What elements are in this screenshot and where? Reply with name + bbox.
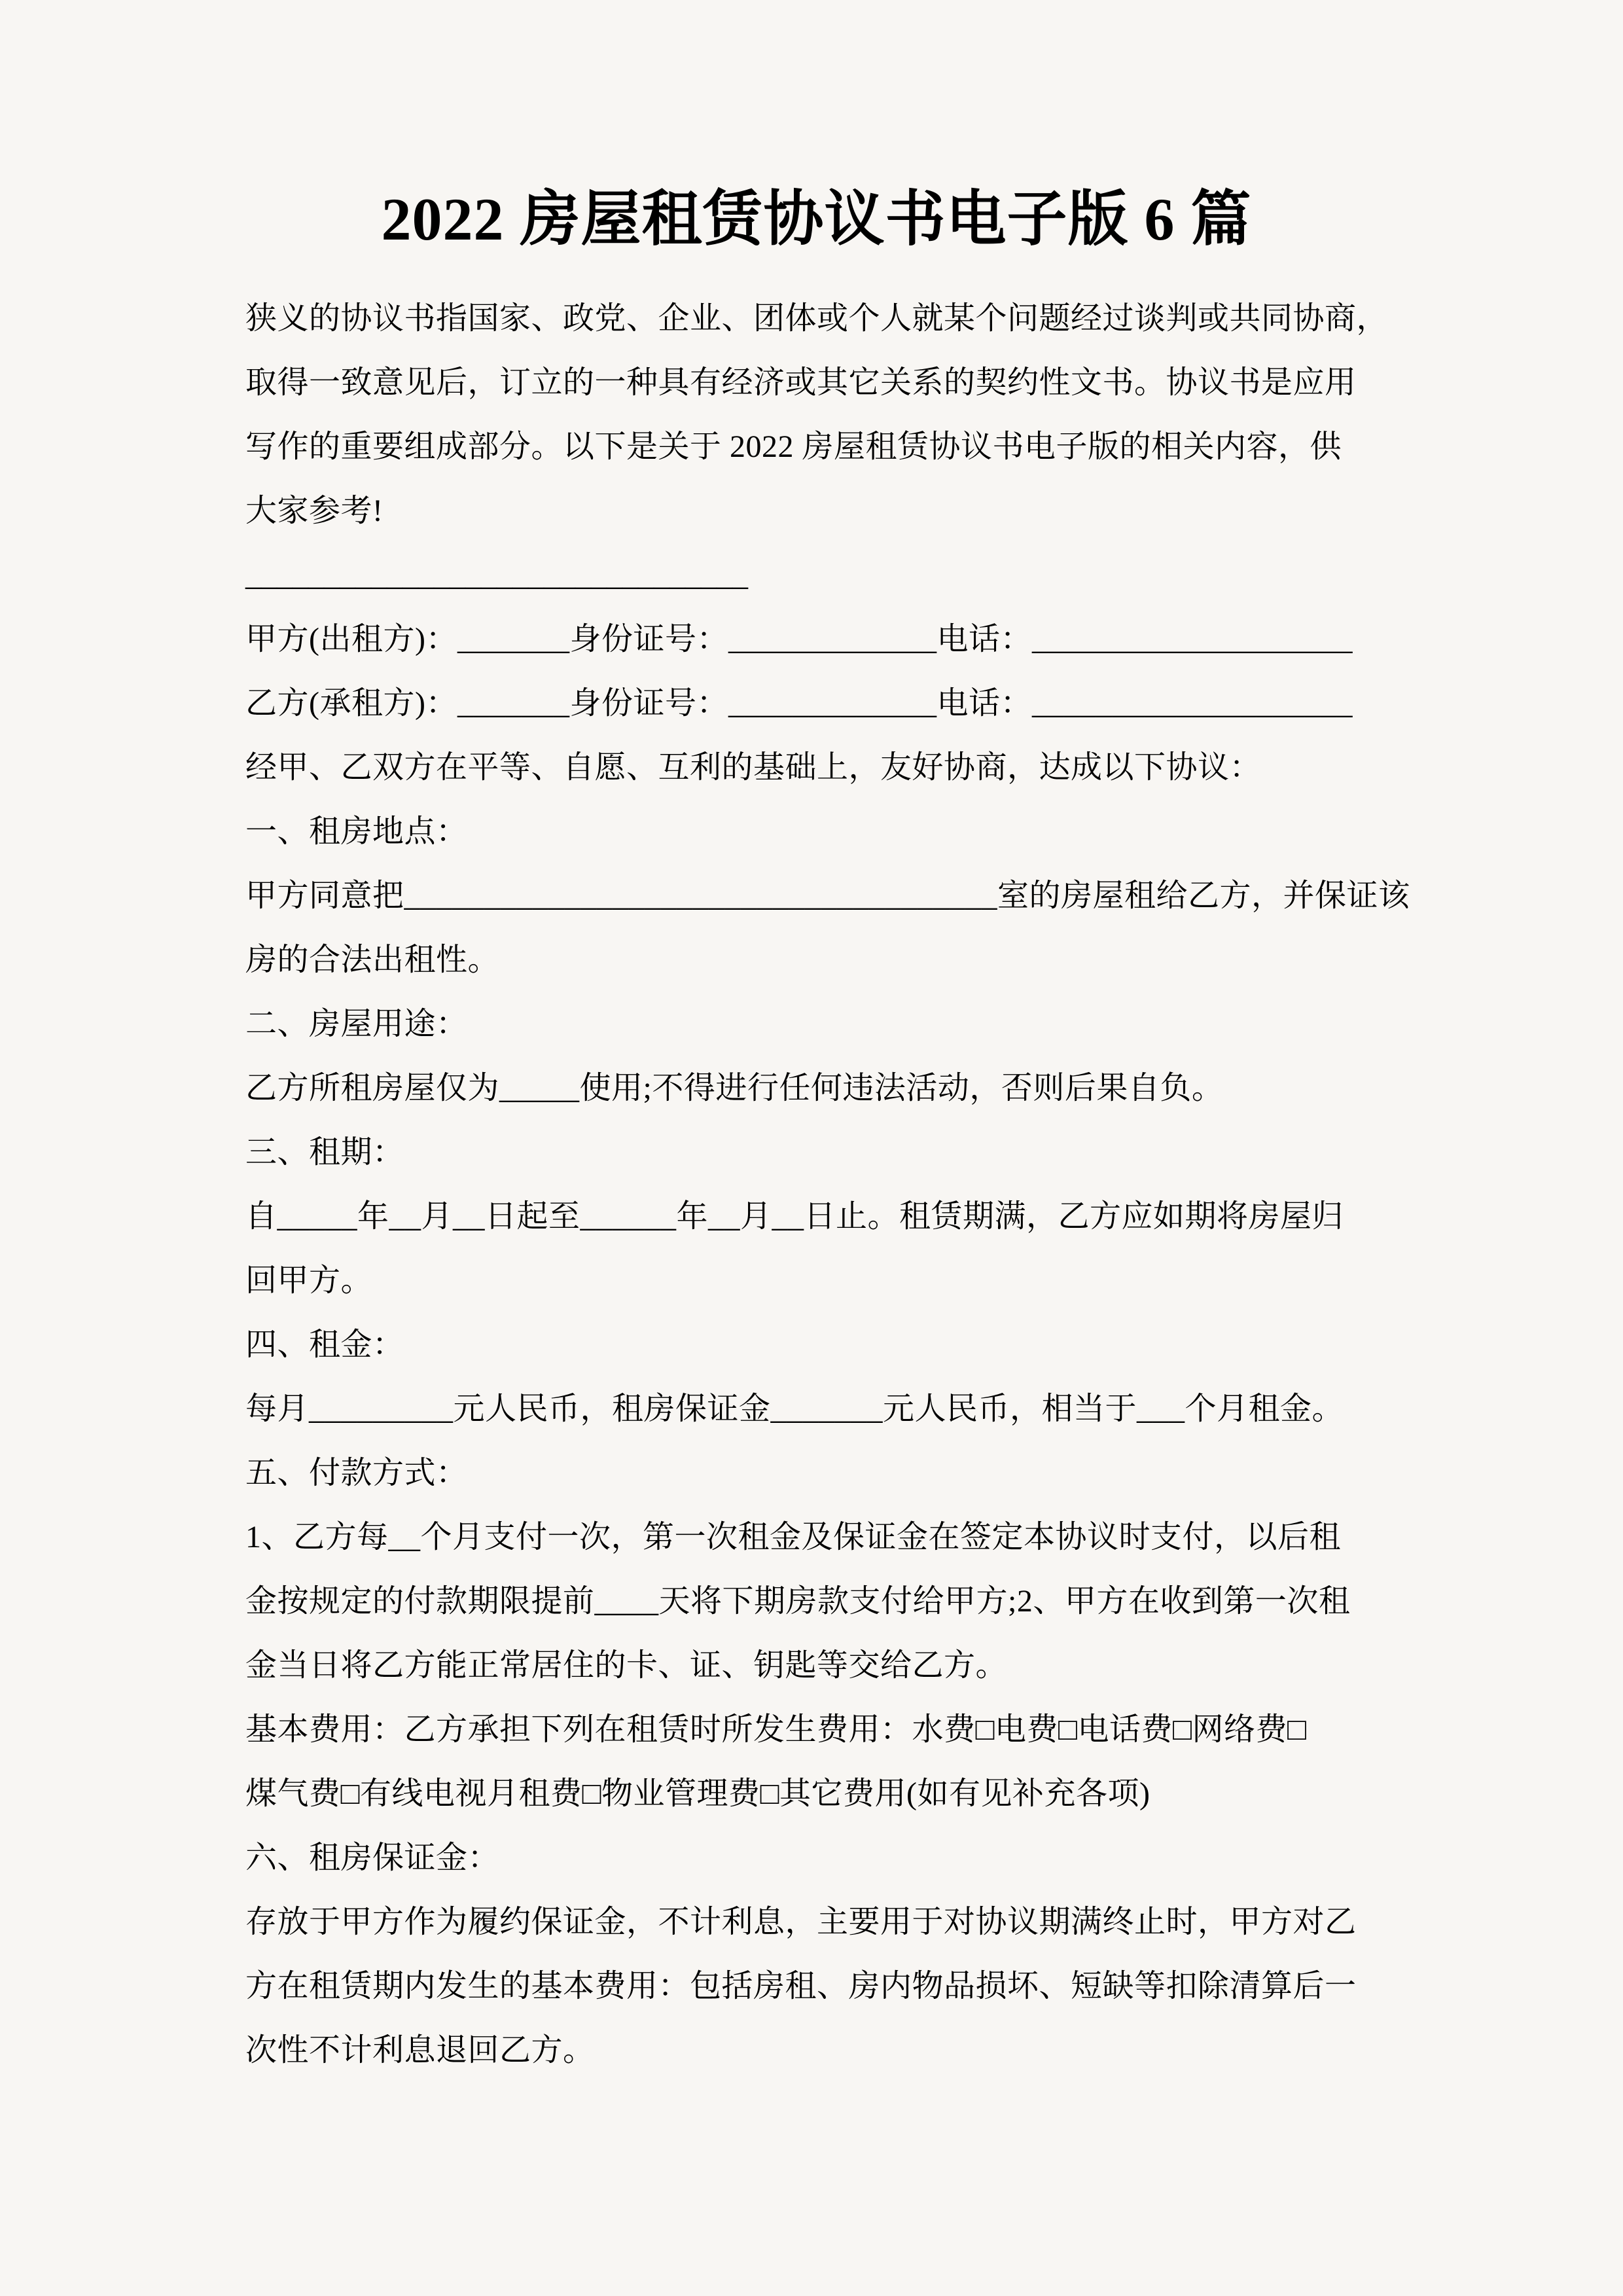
separator-line: ________________________________	[245, 543, 1387, 607]
intro-paragraph-line: 狭义的协议书指国家、政党、企业、团体或个人就某个问题经过谈判或共同协商，	[245, 287, 1387, 351]
section-1-heading: 一、租房地点：	[245, 800, 1387, 864]
basic-fees-line: 煤气费□有线电视月租费□物业管理费□其它费用(如有见补充各项)	[245, 1762, 1387, 1826]
section-6-line: 方在租赁期内发生的基本费用：包括房租、房内物品损坏、短缺等扣除清算后一	[245, 1954, 1387, 2018]
section-5-line: 金当日将乙方能正常居住的卡、证、钥匙等交给乙方。	[245, 1634, 1387, 1698]
intro-paragraph-line: 大家参考!	[245, 479, 1387, 543]
section-6-line: 存放于甲方作为履约保证金，不计利息，主要用于对协议期满终止时，甲方对乙	[245, 1890, 1387, 1954]
document-body: 狭义的协议书指国家、政党、企业、团体或个人就某个问题经过谈判或共同协商， 取得一…	[245, 287, 1387, 2083]
document-page: 2022 房屋租赁协议书电子版 6 篇 狭义的协议书指国家、政党、企业、团体或个…	[0, 0, 1623, 2296]
section-3-heading: 三、租期：	[245, 1121, 1387, 1185]
section-3-line: 回甲方。	[245, 1249, 1387, 1313]
section-5-heading: 五、付款方式：	[245, 1441, 1387, 1505]
basic-fees-line: 基本费用：乙方承担下列在租赁时所发生费用：水费□电费□电话费□网络费□	[245, 1698, 1387, 1762]
section-1-line: 房的合法出租性。	[245, 928, 1387, 992]
document-title: 2022 房屋租赁协议书电子版 6 篇	[245, 178, 1387, 260]
section-5-line: 1、乙方每__个月支付一次，第一次租金及保证金在签定本协议时支付，以后租	[245, 1505, 1387, 1570]
section-4-line: 每月_________元人民币，租房保证金_______元人民币，相当于___个…	[245, 1377, 1387, 1441]
section-3-line: 自_____年__月__日起至______年__月__日止。租赁期满，乙方应如期…	[245, 1185, 1387, 1249]
section-6-line: 次性不计利息退回乙方。	[245, 2018, 1387, 2083]
section-2-heading: 二、房屋用途：	[245, 992, 1387, 1056]
section-6-heading: 六、租房保证金：	[245, 1826, 1387, 1890]
section-1-line: 甲方同意把___________________________________…	[245, 864, 1387, 928]
agreement-preamble-line: 经甲、乙双方在平等、自愿、互利的基础上，友好协商，达成以下协议：	[245, 736, 1387, 800]
intro-paragraph-line: 取得一致意见后，订立的一种具有经济或其它关系的契约性文书。协议书是应用	[245, 351, 1387, 415]
section-4-heading: 四、租金：	[245, 1313, 1387, 1377]
section-5-line: 金按规定的付款期限提前____天将下期房款支付给甲方;2、甲方在收到第一次租	[245, 1570, 1387, 1634]
section-2-line: 乙方所租房屋仅为_____使用;不得进行任何违法活动，否则后果自负。	[245, 1056, 1387, 1121]
party-a-line: 甲方(出租方)：_______身份证号：_____________电话：____…	[245, 607, 1387, 672]
intro-paragraph-line: 写作的重要组成部分。以下是关于 2022 房屋租赁协议书电子版的相关内容，供	[245, 415, 1387, 479]
party-b-line: 乙方(承租方)：_______身份证号：_____________电话：____…	[245, 672, 1387, 736]
